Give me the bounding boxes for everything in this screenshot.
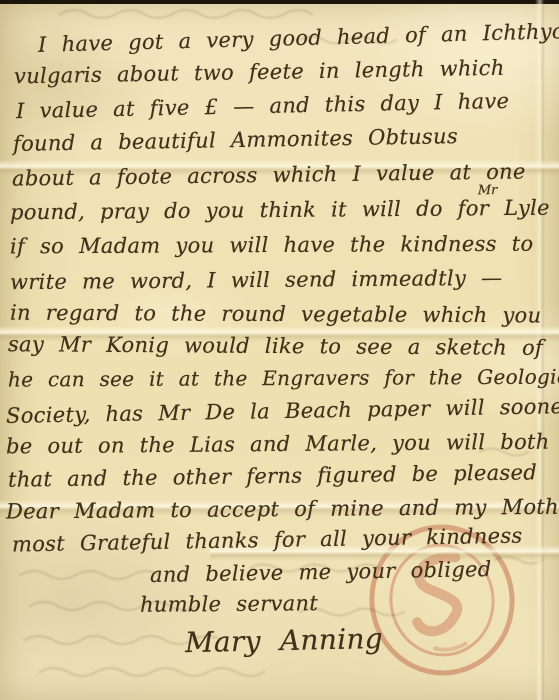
letter-page: I have got a very good head of an Ichthy…: [0, 0, 559, 700]
letter-line: Dear Madam to accept of mine and my Moth…: [6, 494, 559, 523]
letter-line-text: pound, pray do you think it will do for …: [10, 196, 550, 225]
letter-line: write me word, I will send immeadtly —: [10, 266, 503, 294]
letter-line: say Mr Konig would like to see a sketch …: [8, 332, 543, 360]
letter-line: vulgaris about two feete in length which: [14, 56, 505, 89]
scan-top-edge: [0, 0, 559, 4]
letter-line: if so Madam you will have the kindness t…: [10, 232, 534, 259]
letter-line: he can see it at the Engravers for the G…: [8, 364, 559, 391]
letter-line: most Grateful thanks for all your kindne…: [12, 524, 523, 557]
letter-closing-line: humble servant: [140, 591, 318, 617]
letter-line: found a beautiful Ammonites Obtusus: [13, 124, 458, 156]
letter-line: about a foote across which I value at on…: [12, 159, 526, 190]
letter-line: be out on the Lias and Marle, you will b…: [6, 430, 550, 459]
letter-closing-line: and believe me your obliged: [150, 557, 492, 587]
letter-line: pound, pray do you think it will do for …: [10, 196, 550, 225]
letter-line: that and the other ferns figured be plea…: [8, 460, 537, 491]
superscript-mr: Mr: [478, 183, 498, 198]
letter-line: Society, has Mr De la Beach paper will s…: [6, 394, 559, 428]
letter-line: I value at five £ — and this day I have: [16, 89, 510, 123]
letter-line: in regard to the round vegetable which y…: [10, 301, 541, 328]
letter-line: I have got a very good head of an Ichthy…: [38, 19, 559, 57]
signature: Mary Anning: [185, 622, 384, 659]
